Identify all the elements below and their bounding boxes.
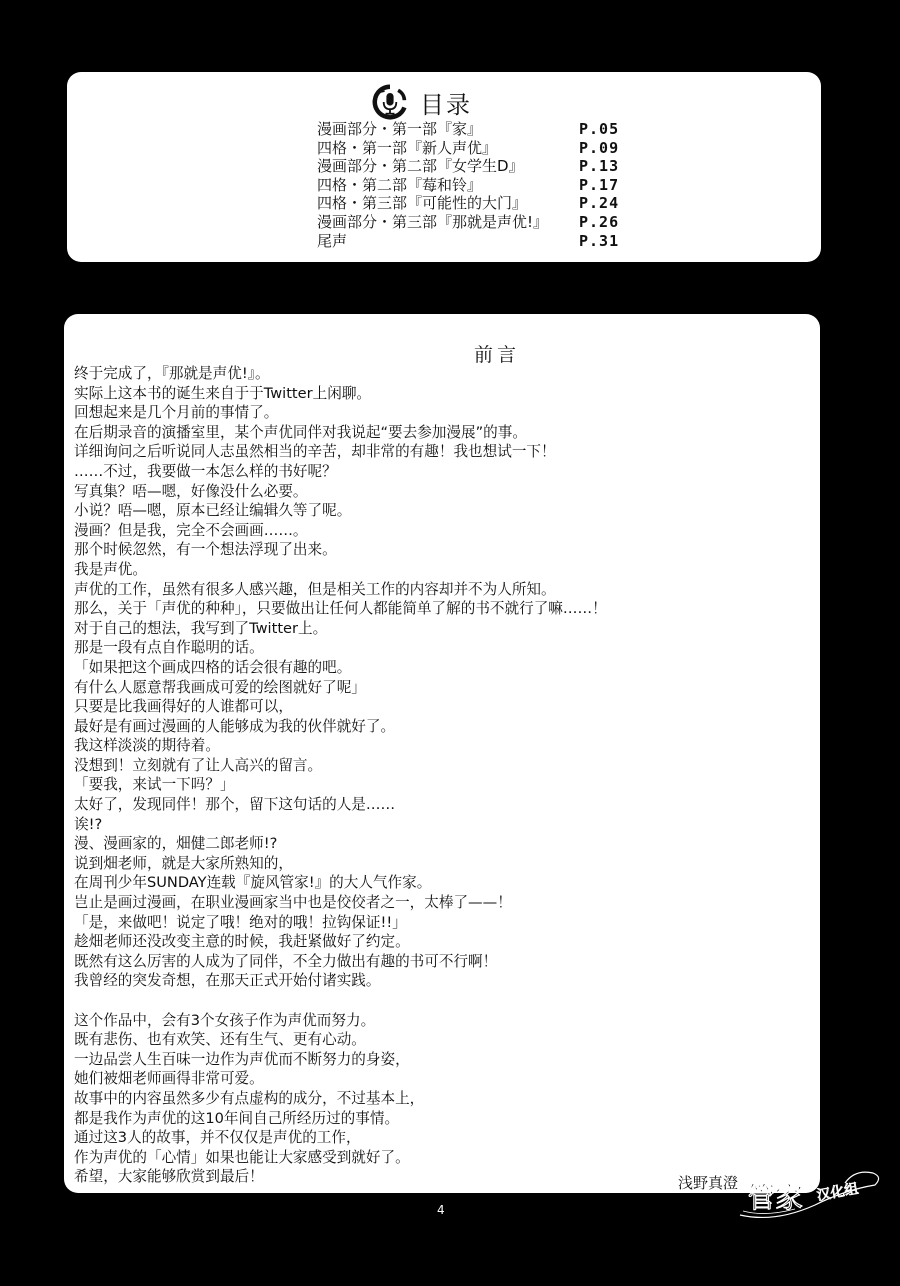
preface-line: 终于完成了，『那就是声优!』。: [74, 364, 814, 384]
preface-blank-line: [74, 991, 814, 1011]
preface-line: 那是一段有点自作聪明的话。: [74, 638, 814, 658]
toc-entry[interactable]: 漫画部分・第三部『那就是声优!』 P.26: [317, 213, 617, 232]
preface-line: 回想起来是几个月前的事情了。: [74, 403, 814, 423]
preface-panel: 前言 终于完成了，『那就是声优!』。 实际上这本书的诞生来自于于Twitter上…: [64, 314, 820, 1193]
preface-line: 那么，关于「声优的种种」，只要做出让任何人都能简单了解的书不就行了嘛……！: [74, 599, 814, 619]
preface-line: 我曾经的突发奇想，在那天正式开始付诸实践。: [74, 971, 814, 991]
preface-line: 写真集？唔—嗯，好像没什么必要。: [74, 482, 814, 502]
preface-line: 我这样淡淡的期待着。: [74, 736, 814, 756]
toc-entry-label: 漫画部分・第三部『那就是声优!』: [317, 213, 548, 232]
toc-entry-label: 四格・第一部『新人声优』: [317, 139, 497, 158]
microphone-icon: [372, 84, 408, 120]
toc-list: 漫画部分・第一部『家』 P.05 四格・第一部『新人声优』 P.09 漫画部分・…: [317, 120, 617, 250]
toc-entry-label: 四格・第二部『莓和铃』: [317, 176, 482, 195]
preface-line: 漫、漫画家的，畑健二郎老师!?: [74, 834, 814, 854]
toc-entry[interactable]: 四格・第三部『可能性的大门』 P.24: [317, 194, 617, 213]
toc-entry[interactable]: 四格・第一部『新人声优』 P.09: [317, 139, 617, 158]
preface-line: 通过这3人的故事，并不仅仅是声优的工作，: [74, 1128, 814, 1148]
preface-line: 详细询问之后听说同人志虽然相当的辛苦，却非常的有趣！我也想试一下！: [74, 442, 814, 462]
preface-line: 既然有这么厉害的人成为了同伴，不全力做出有趣的书可不行啊！: [74, 952, 814, 972]
preface-line: 趁畑老师还没改变主意的时候，我赶紧做好了约定。: [74, 932, 814, 952]
page-number: 4: [437, 1203, 445, 1217]
preface-line: 有什么人愿意帮我画成可爱的绘图就好了呢」: [74, 678, 814, 698]
preface-line: 我是声优。: [74, 560, 814, 580]
preface-line: 故事中的内容虽然多少有点虚构的成分，不过基本上，: [74, 1089, 814, 1109]
preface-line: 她们被畑老师画得非常可爱。: [74, 1069, 814, 1089]
preface-line: 对于自己的想法，我写到了Twitter上。: [74, 619, 814, 639]
toc-entry[interactable]: 尾声 P.31: [317, 232, 617, 251]
preface-line: 这个作品中，会有3个女孩子作为声优而努力。: [74, 1011, 814, 1031]
preface-line: 「是，来做吧！说定了哦！绝对的哦！拉钩保证!!」: [74, 913, 814, 933]
preface-line: 作为声优的「心情」如果也能让大家感受到就好了。: [74, 1148, 814, 1168]
preface-body: 终于完成了，『那就是声优!』。 实际上这本书的诞生来自于于Twitter上闲聊。…: [74, 364, 814, 1187]
toc-entry-label: 漫画部分・第一部『家』: [317, 120, 482, 139]
preface-line: 只要是比我画得好的人谁都可以，: [74, 697, 814, 717]
preface-line: 诶!?: [74, 815, 814, 835]
toc-entry-label: 漫画部分・第二部『女学生D』: [317, 157, 524, 176]
preface-line: 那个时候忽然，有一个想法浮现了出来。: [74, 540, 814, 560]
toc-title: 目录: [420, 85, 472, 120]
scanlation-watermark-logo: 管家 汉化组: [735, 1165, 885, 1225]
toc-header: 目录: [372, 82, 472, 122]
preface-line: 最好是有画过漫画的人能够成为我的伙伴就好了。: [74, 717, 814, 737]
preface-line: 实际上这本书的诞生来自于于Twitter上闲聊。: [74, 384, 814, 404]
toc-panel: 目录 漫画部分・第一部『家』 P.05 四格・第一部『新人声优』 P.09 漫画…: [67, 72, 821, 262]
toc-entry[interactable]: 漫画部分・第一部『家』 P.05: [317, 120, 617, 139]
preface-line: 都是我作为声优的这10年间自己所经历过的事情。: [74, 1109, 814, 1129]
preface-line: 漫画？但是我，完全不会画画……。: [74, 521, 814, 541]
toc-entry-page: P.05: [579, 120, 619, 139]
preface-title-text: 前言: [474, 344, 520, 366]
toc-entry-page: P.31: [579, 232, 619, 251]
toc-entry-page: P.17: [579, 176, 619, 195]
toc-entry-label: 四格・第三部『可能性的大门』: [317, 194, 527, 213]
toc-entry[interactable]: 四格・第二部『莓和铃』 P.17: [317, 176, 617, 195]
preface-line: 一边品尝人生百味一边作为声优而不断努力的身姿，: [74, 1050, 814, 1070]
watermark-sub-text: 汉化组: [816, 1181, 860, 1204]
author-signature: 浅野真澄: [678, 1172, 738, 1193]
preface-line: ……不过，我要做一本怎么样的书好呢？: [74, 462, 814, 482]
toc-entry-page: P.24: [579, 194, 619, 213]
preface-line: 声优的工作，虽然有很多人感兴趣，但是相关工作的内容却并不为人所知。: [74, 580, 814, 600]
toc-entry-page: P.26: [579, 213, 619, 232]
preface-line: 「如果把这个画成四格的话会很有趣的吧。: [74, 658, 814, 678]
toc-entry-label: 尾声: [317, 232, 347, 251]
preface-line: 在后期录音的演播室里，某个声优同伴对我说起“要去参加漫展”的事。: [74, 423, 814, 443]
toc-entry-page: P.09: [579, 139, 619, 158]
preface-line: 没想到！立刻就有了让人高兴的留言。: [74, 756, 814, 776]
watermark-main-text: 管家: [747, 1181, 803, 1214]
preface-line: 太好了，发现同伴！那个，留下这句话的人是……: [74, 795, 814, 815]
preface-line: 在周刊少年SUNDAY连载『旋风管家!』的大人气作家。: [74, 873, 814, 893]
preface-line: 「要我，来试一下吗？」: [74, 775, 814, 795]
preface-line: 既有悲伤、也有欢笑、还有生气、更有心动。: [74, 1030, 814, 1050]
preface-line: 岂止是画过漫画，在职业漫画家当中也是佼佼者之一，太棒了——！: [74, 893, 814, 913]
preface-line: 小说？唔—嗯，原本已经让编辑久等了呢。: [74, 501, 814, 521]
toc-entry[interactable]: 漫画部分・第二部『女学生D』 P.13: [317, 157, 617, 176]
preface-title: 前言: [64, 340, 820, 367]
toc-entry-page: P.13: [579, 157, 619, 176]
preface-line: 说到畑老师，就是大家所熟知的，: [74, 854, 814, 874]
